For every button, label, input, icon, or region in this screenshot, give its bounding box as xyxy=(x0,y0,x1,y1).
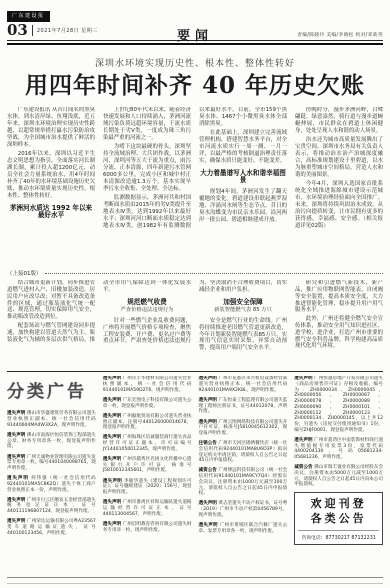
page-footer-rule xyxy=(7,577,383,584)
notice-phone: 咨询电话：87730217 87132231 xyxy=(298,530,379,541)
continued-article: 结合城市更新计划，同步推进管道燃气进村入户、旧楼加装改造，居民用户应改尽改；对暂… xyxy=(7,280,383,365)
classified-ad: 遗失声明 广州海珠区信诚服装商行遗失食品经营许可证正副本，许可证编号JY1440… xyxy=(103,435,192,452)
classified-ad: 遗失声明 广州恒越房地产开发有限公司遗失《商品房预售许可证》存根及收据，编号为：… xyxy=(294,376,383,433)
ad-lead-label: 遗失声明 xyxy=(103,457,121,462)
article-paragraph: 规划4年间，茅洲河发生了翻天覆地的变化。碧道建设串联起燕罗湿地、洋涌河水闸等生态… xyxy=(199,189,287,224)
classified-ad: 遗失声明 何伟强（统一社会信用代码92440101MA5C8K2Q）遗失个体工商… xyxy=(7,476,96,493)
article-paragraph: 傍晚时分，漫步茅洲河畔，白鹭翩跹、绿意盎然，骑行道与漫步道蜿蜒伸展，市民群众在碧… xyxy=(295,107,383,135)
classified-ad: 遗失声明 广州市番禺区祥和运输队遗失道路运输经营许可证正本，证号44011300… xyxy=(103,500,192,517)
article-paragraph: 今年4月，深圳入选国家首批系统化全域推进海绵城市建设示范城市，水环境治理经验面向… xyxy=(295,181,383,230)
classified-ad: 遗失声明 广州荣达运输有限公司粤A23567货车道路运输证遗失，证号440100… xyxy=(7,519,96,536)
classified-ad: 遗失声明 佛山市华盛建筑劳务有限公司遗失营业执照正副本，统一社会信用代码9144… xyxy=(7,411,96,428)
editor-credits: 责编/陈晓玲 美编/李晓松 校对/邓新英 xyxy=(297,31,383,38)
page-date: 2021年7月28日 星期三 xyxy=(37,27,98,34)
newspaper-page: 广东建设报 03 2021年7月28日 星期三 要闻 责编/陈晓玲 美编/李晓松… xyxy=(0,0,390,588)
ad-lead-label: 遗失声明 xyxy=(103,376,121,381)
article-headline: 用四年时间补齐 40 年历史欠账 xyxy=(7,73,383,98)
classified-ad: 遗失声明 广州市花都区永兴机电设备经营部遗失营业执照正本，统一社会信用代码924… xyxy=(199,376,288,393)
section-title: 要闻 xyxy=(177,25,213,44)
classified-ad: 遗失声明 李敏华遗失《建设工程规划许可证》，证号穗规建证〔2020〕156号，现… xyxy=(103,479,192,496)
classifieds-title: 分类广告 xyxy=(7,377,96,402)
article-paragraph: 为啃下这块最硬的骨头，深圳坚持全流域治理、大兵团作战，以茅洲河、深圳河等五大干流… xyxy=(103,144,191,193)
ad-lead-label: 遗失声明 xyxy=(199,523,218,528)
ads-list: 遗失声明 广州恒越房地产开发有限公司遗失《商品房预售许可证》存根及收据，编号为：… xyxy=(294,376,383,488)
subheading-sub: 新装智能燃气表 85 万只 xyxy=(199,307,287,314)
classified-ad: 注销公告 广州市天河区锦绣餐饮店（统一社会信用代码92440101MA8U6D3… xyxy=(199,441,288,464)
ad-lead-label: 遗失声明 xyxy=(103,398,121,403)
classified-ad: 遗失声明 佛山市南海区恒信装饰工程部遗失公章、财务专用章各一枚，现登报声明作废。 xyxy=(7,433,96,450)
classified-ad: 遗失声明 黄志坚遗失不动产权证书，证号粤（2019）广州市不动产权第045678… xyxy=(199,501,288,518)
article-kicker: 深圳水环境实现历史性、根本性、整体性转好 xyxy=(7,56,383,69)
ads-column: 遗失声明 广州市丰华建材有限公司遗失营业执照副本，统一社会信用代码9144010… xyxy=(103,376,192,573)
classifieds-section: 分类广告 遗失声明 佛山市华盛建筑劳务有限公司遗失营业执照正副本，统一社会信用代… xyxy=(7,371,383,573)
ad-lead-label: 遗失声明 xyxy=(7,498,25,503)
notice-line-2: 各类公告 xyxy=(298,512,379,527)
notice-line-1: 欢迎刊登 xyxy=(298,497,379,512)
article-paragraph: 安全是燃气行业的生命线。广州将持续推进老旧燃气管道更新改造，今年计划新装智能燃气… xyxy=(199,318,287,352)
ad-lead-label: 遗失声明 xyxy=(103,479,122,484)
article-paragraph: 上世纪80年代末以来，随着经济快速发展和人口持续涌入，茅洲河流域污染负荷远超环境… xyxy=(103,107,191,142)
ad-lead-label: 注销公告 xyxy=(199,441,217,446)
lead-article: 深圳水环境实现历史性、根本性、整体性转好 用四年时间补齐 40 年历史欠账 广东… xyxy=(7,56,383,264)
column-subheading: 规范燃气收费严查价格违法违规行为 xyxy=(103,299,191,314)
article-paragraph: 2016年以来，深圳以习近平生态文明思想为指引，全面落实河长制湖长制，累计投入超… xyxy=(7,151,95,200)
ad-lead-label: 遗失声明 xyxy=(199,376,217,381)
classified-ad: 遗失声明 广东宏图电子科技有限公司遗失公章一枚，现登报声明作废。 xyxy=(103,398,192,409)
subheading-main: 规范燃气收费 xyxy=(103,299,191,306)
classified-ad: 遗失声明 广州启明教育咨询有限公司遗失财务专用章一枚，现声明作废。 xyxy=(103,522,192,533)
ads-column: 遗失声明 广州恒越房地产开发有限公司遗失《商品房预售许可证》存根及收据，编号为：… xyxy=(294,376,383,573)
classifieds-grid: 分类广告 遗失声明 佛山市华盛建筑劳务有限公司遗失营业执照正副本，统一社会信用代… xyxy=(7,376,383,573)
classified-ad: 遗失声明 广州云图网络科技有限公司遗失开户许可证，核准号J58100456123… xyxy=(199,420,288,437)
ad-lead-label: 遗失声明 xyxy=(199,398,217,403)
classified-ad: 遗失声明 广州市丰华建材有限公司遗失营业执照副本，统一社会信用代码9144010… xyxy=(103,376,192,393)
ad-lead-label: 遗失声明 xyxy=(294,438,312,443)
classified-ad: 减资公告 佛山市瑞丰置业有限公司经股东会决议，注册资本由5000万元减至1000… xyxy=(294,465,383,488)
notice-ad-box: 欢迎刊登 各类公告 咨询电话：87730217 87132231 xyxy=(294,492,383,544)
continued-article-body: 结合城市更新计划，同步推进管道燃气进村入户、旧楼加装改造，居民用户应改尽改；对暂… xyxy=(7,280,383,365)
ad-lead-label: 减资公告 xyxy=(294,465,312,470)
column-subheading: 茅洲河水质达 1992 年以来最好水平 xyxy=(7,205,95,219)
column-subheading: 加强安全保障新装智能燃气表 85 万只 xyxy=(199,299,287,314)
dotted-rule xyxy=(45,273,384,274)
masthead-divider xyxy=(32,25,33,36)
article-paragraph: 广东建设报讯 从昔日闻名的黑臭水体，到水清岸绿、鱼翔浅底，近五年来，深圳水环境治… xyxy=(7,107,95,149)
classified-ad: 遗失声明 广州市白云区顺发五金经营部遗失税务登记证正本，证号4401111968… xyxy=(7,498,96,515)
page-number-block: 03 2021年7月28日 星期三 xyxy=(7,23,98,38)
classified-ad: 遗失声明 广州市黄埔区联合汽修厂遗失公章、发票专用章各一枚，现声明作废。 xyxy=(199,523,288,534)
article-paragraph: 在此基础上，深圳建立完善流域管理机构，搭建智慧水务平台，对全市河流水质实行一周一… xyxy=(199,130,287,165)
ads-list: 遗失声明 广州市花都区永兴机电设备经营部遗失营业执照正本，统一社会信用代码924… xyxy=(199,376,288,534)
article-paragraph: 结合城市更新计划，同步推进管道燃气进村入户、旧楼加装改造，居民用户应改尽改；对暂… xyxy=(7,280,95,321)
ad-lead-label: 遗失声明 xyxy=(294,376,312,381)
subheading-main: 加强安全保障 xyxy=(199,299,287,306)
classified-ad: 遗失声明 广州市荔湾区中南装饰材料商行遗失增值税专用发票3份，发票代码44002… xyxy=(294,438,383,461)
ad-lead-label: 遗失声明 xyxy=(103,435,121,440)
classified-ad: 减资公告 广州博远科技有限公司（统一社会信用代码91440101MA9CY7Q4… xyxy=(199,468,288,497)
ad-lead-label: 遗失声明 xyxy=(7,455,25,460)
classified-ad: 遗失声明 广东恒泰工程监理有限公司遗失监理工程师注册证书，证号44012078，… xyxy=(199,398,288,415)
ads-column: 遗失声明 广州市花都区永兴机电设备经营部遗失营业执照正本，统一社会信用代码924… xyxy=(199,376,288,573)
masthead: 广东建设报 03 2021年7月28日 星期三 要闻 责编/陈晓玲 美编/李晓松… xyxy=(7,2,383,45)
article-paragraph: 治水还为城市高质量发展腾出了宝贵空间。深圳市水务局有关负责人表示，将推动治水治产… xyxy=(295,137,383,179)
lead-article-body: 广东建设报讯 从昔日闻名的黑臭水体，到水清岸绿、鱼翔浅底，近五年来，深圳水环境治… xyxy=(7,107,383,264)
ad-lead-label: 遗失声明 xyxy=(103,522,121,527)
ads-column: 分类广告 遗失声明 佛山市华盛建筑劳务有限公司遗失营业执照正副本，统一社会信用代… xyxy=(7,376,96,573)
subheading-sub: 严查价格违法违规行为 xyxy=(103,307,191,314)
page-number: 03 xyxy=(7,23,28,38)
ads-list: 遗失声明 佛山市华盛建筑劳务有限公司遗失营业执照正副本，统一社会信用代码9144… xyxy=(7,411,96,536)
ad-lead-label: 遗失声明 xyxy=(199,501,217,506)
classified-ad: 遗失声明 广州天诚物业管理有限公司遗失发票专用章一枚，编号44010400987… xyxy=(7,455,96,472)
continued-divider: （上接01版） xyxy=(7,269,383,277)
article-paragraph: 此外，广州还将健全燃气安全宣传体系，推动安全用气知识进社区、进学校、进企业，打造… xyxy=(295,316,383,350)
ad-lead-label: 减资公告 xyxy=(199,468,217,473)
column-subheading: 大力着墨谱写人水和谐幸福图景 xyxy=(199,170,287,184)
classified-ad: 遗失声明 广州毅航贸易有限公司遗失营业执照正副本，注册号440126000014… xyxy=(103,414,192,431)
ad-lead-label: 遗失声明 xyxy=(103,500,121,505)
ads-list: 遗失声明 广州市丰华建材有限公司遗失营业执照副本，统一社会信用代码9144010… xyxy=(103,376,192,533)
ad-lead-label: 遗失声明 xyxy=(103,414,121,419)
article-paragraph: 研究和引进燃气新技术、新产品，推广应用物联网智能表、自闭阀等安全装置，提高本质安… xyxy=(295,280,383,314)
masthead-row: 03 2021年7月28日 星期三 要闻 责编/陈晓玲 美编/李晓松 校对/邓新… xyxy=(7,23,383,38)
ad-lead-label: 遗失声明 xyxy=(199,420,217,425)
ad-lead-label: 遗失声明 xyxy=(7,411,25,416)
ad-lead-label: 遗失声明 xyxy=(7,433,25,438)
classified-ad: 遗失声明 广州市越秀区名扬文化传播中心遗失银行开户许可证，核准号J5810012… xyxy=(103,457,192,474)
continued-from-label: （上接01版） xyxy=(7,269,42,277)
ad-lead-label: 遗失声明 xyxy=(7,519,26,524)
ad-lead-label: 遗失声明 xyxy=(7,476,29,481)
